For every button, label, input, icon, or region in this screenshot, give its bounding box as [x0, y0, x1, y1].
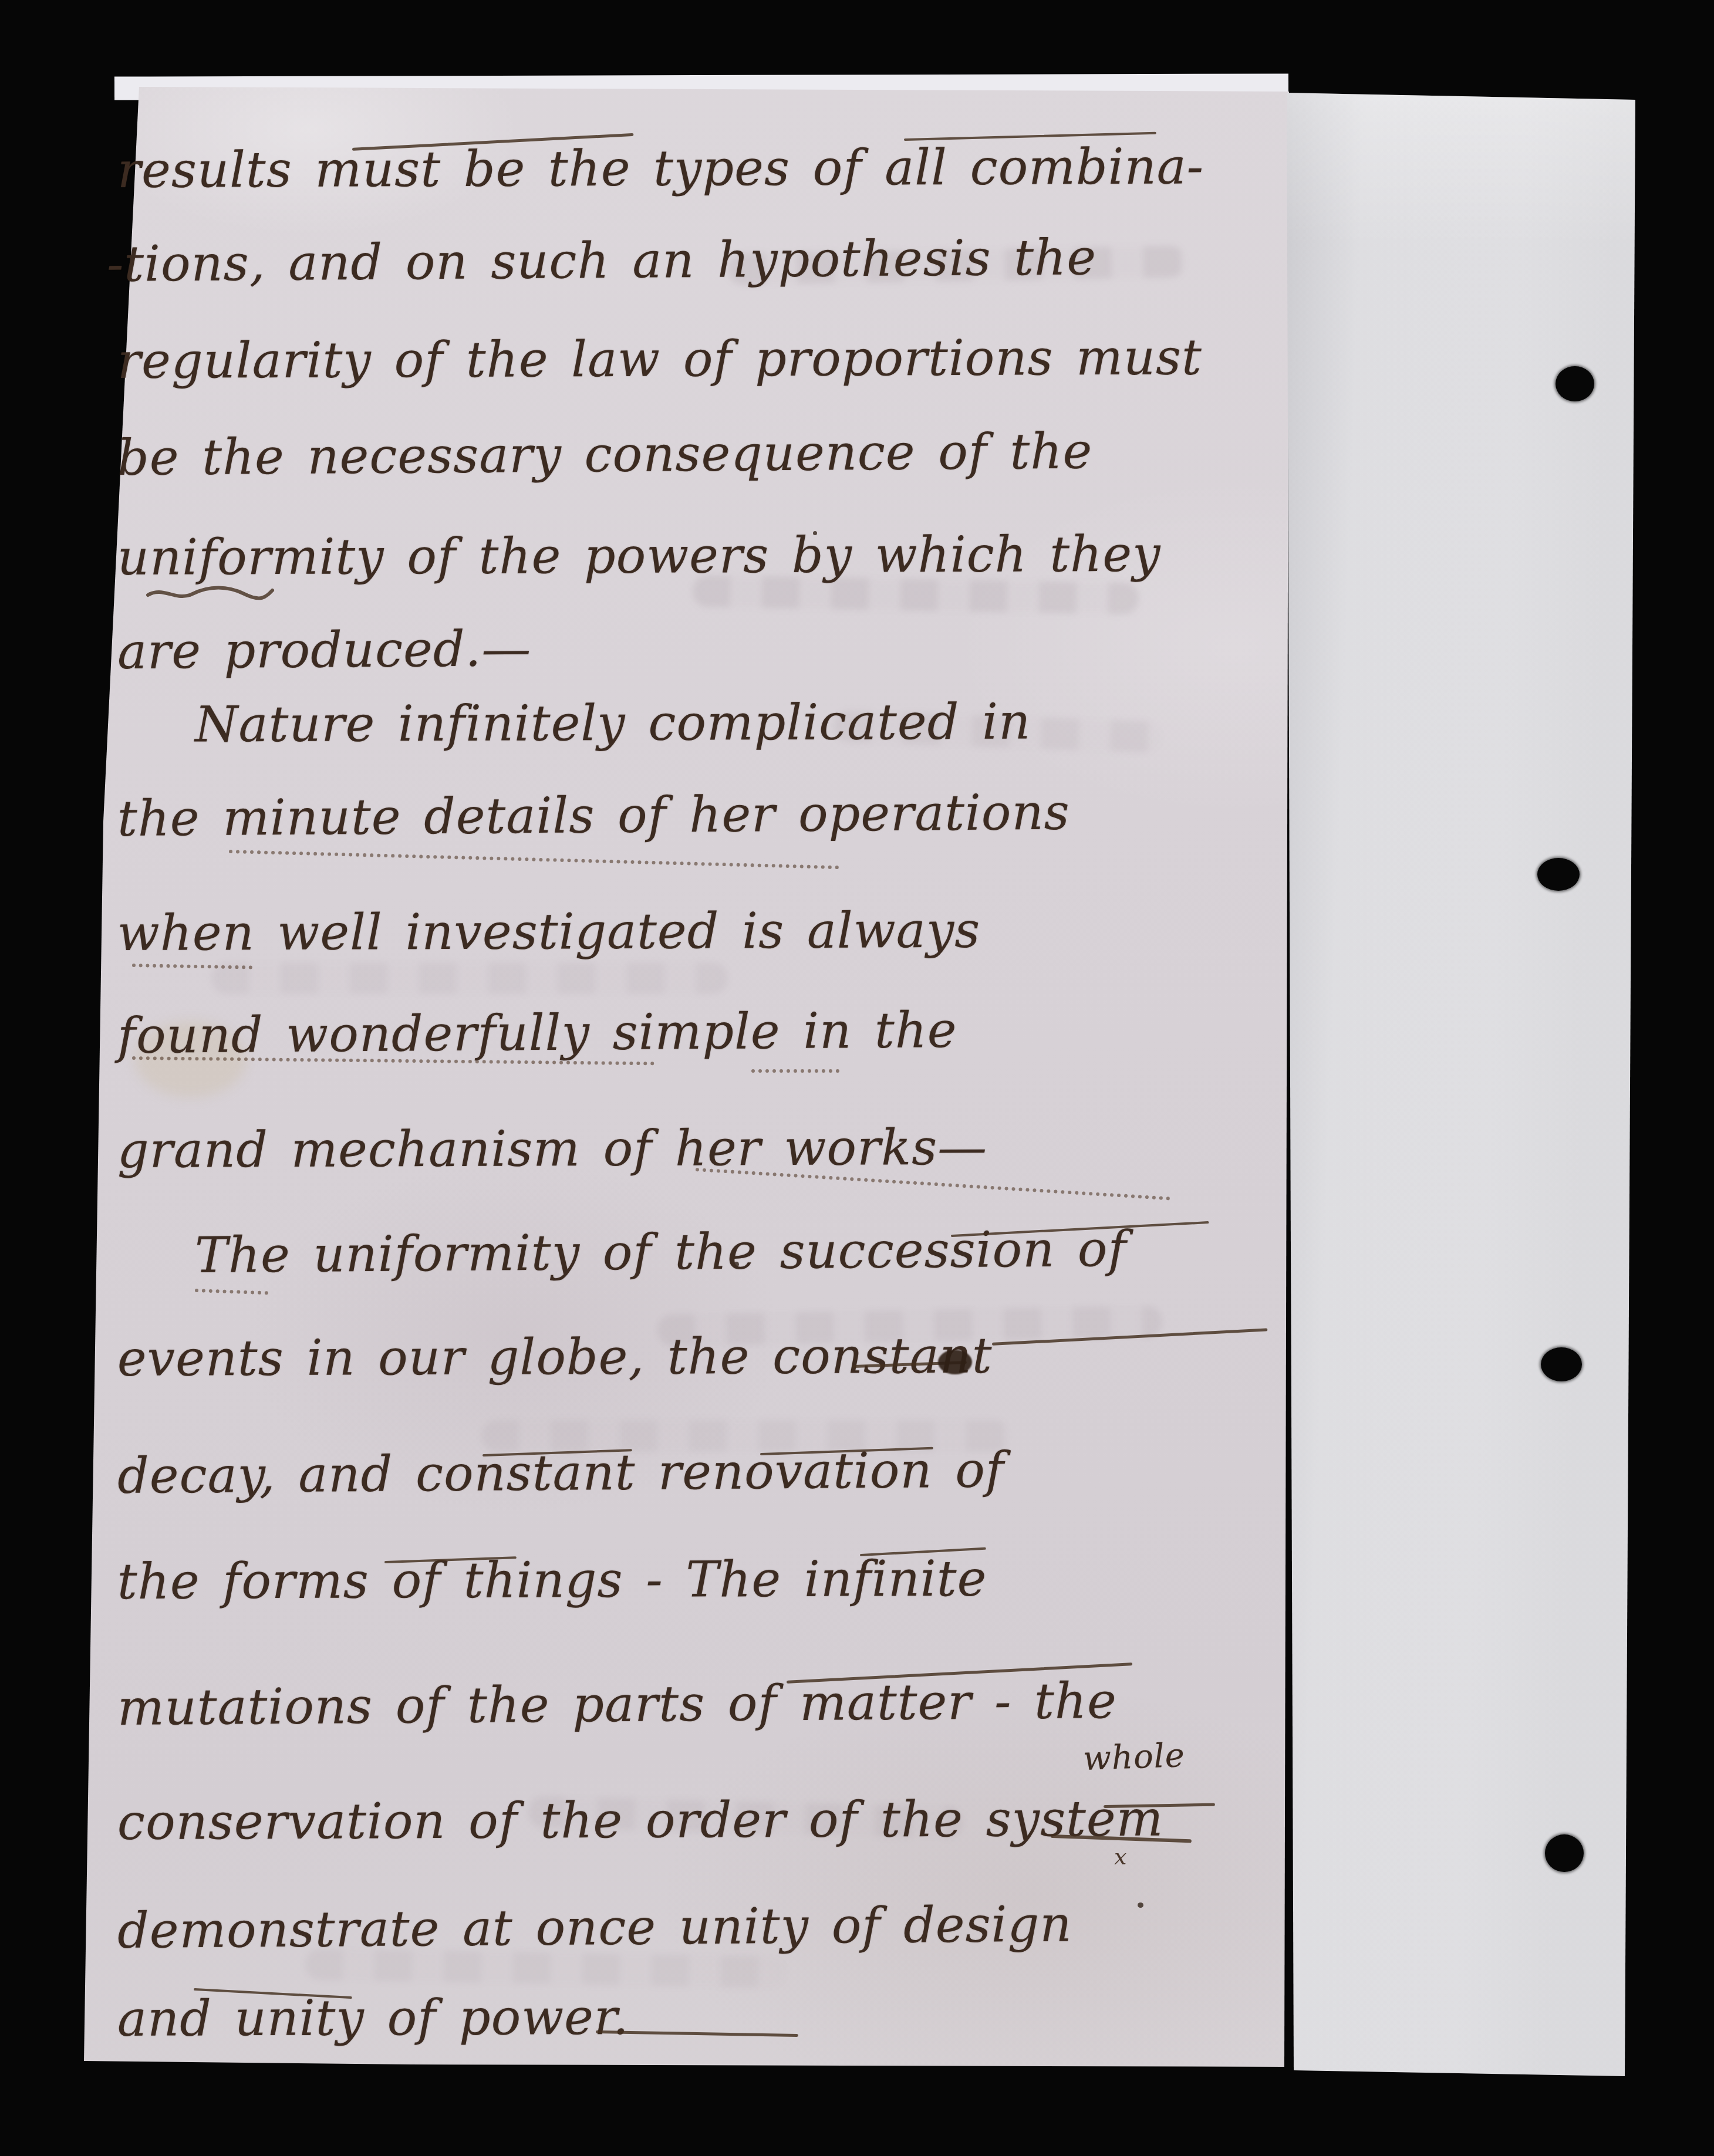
manuscript-line: events in our globe, the constant: [117, 1318, 1268, 1395]
manuscript-line: conservation of the order of the system: [117, 1782, 1268, 1858]
manuscript-line: Nature infinitely complicated in: [117, 684, 1345, 761]
manuscript-line: the minute details of her operations: [117, 774, 1268, 855]
manuscript-line: regularity of the law of proportions mus…: [117, 320, 1268, 397]
scanned-document: results must be the types of all combina…: [0, 0, 1714, 2156]
manuscript-line: grand mechanism of her works—: [117, 1110, 1268, 1187]
manuscript-line: are produced.—: [117, 607, 1268, 688]
ink-dot-trail: [751, 1069, 839, 1073]
manuscript-line: demonstrate at once unity of design: [117, 1886, 1268, 1967]
manuscript-line: results must be the types of all combina…: [117, 130, 1268, 207]
manuscript-line: decay, and constant renovation of: [117, 1431, 1268, 1512]
manuscript-line: be the necessary consequence of the: [117, 413, 1268, 494]
wavy-underline-mark: [146, 582, 275, 603]
caret-mark: x: [1114, 1844, 1126, 1870]
manuscript-line: the forms of things - The infinite: [117, 1541, 1268, 1618]
ink-blot: [938, 1350, 972, 1374]
manuscript-line: -tions, and on such an hypothesis the: [107, 219, 1258, 300]
inserted-word: whole: [1082, 1736, 1186, 1778]
manuscript-line: when well investigated is always: [117, 893, 1268, 969]
manuscript-line: and unity of power.: [117, 1978, 1268, 2055]
manuscript-line: mutations of the parts of matter - the: [117, 1663, 1268, 1744]
manuscript-line: uniformity of the powers by which they: [117, 517, 1268, 594]
handwriting-layer: results must be the types of all combina…: [0, 0, 1714, 2156]
